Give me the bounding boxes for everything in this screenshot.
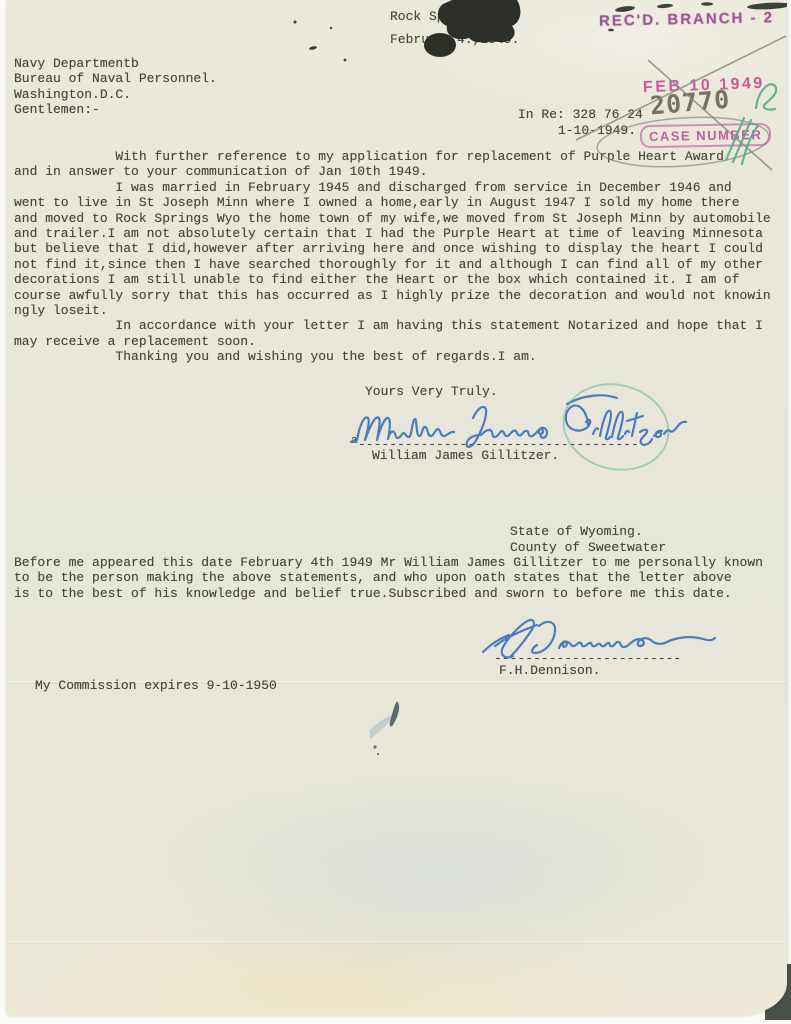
fold-crease-lower (7, 941, 787, 944)
scanned-letter-page: Rock Springs Februa 4.,1949. Navy Depart… (0, 0, 791, 1024)
notary-county: County of Sweetwater (510, 540, 666, 555)
commission-expiry: My Commission expires 9-10-1950 (35, 678, 277, 693)
notary-statement: Before me appeared this date February 4t… (14, 555, 763, 601)
notary-state: State of Wyoming. (510, 524, 643, 539)
letterhead-date-part2: 4.,1949. (457, 32, 519, 47)
letterhead-date-part1: Februa (390, 32, 437, 47)
case-number-label-stamp: CASE NUMBER (640, 123, 772, 148)
received-branch-stamp: REC'D. BRANCH - 2 (599, 9, 774, 30)
reference-in-re: In Re: 328 76 24 (518, 107, 643, 122)
ink-flick (370, 701, 399, 755)
letter-paper: Rock Springs Februa 4.,1949. Navy Depart… (7, 0, 787, 1015)
case-number-value-stamp: 20770 (649, 85, 731, 121)
letterhead-place: Rock Springs (390, 9, 484, 24)
dennison-signature (479, 610, 719, 664)
notary-typed-name: F.H.Dennison. (499, 663, 600, 678)
recipient-block: Navy DepartmentbBureau of Naval Personne… (14, 55, 217, 117)
letter-body: With further reference to my application… (14, 149, 771, 364)
gillitzer-signature (345, 392, 693, 454)
reference-date: 1-10-1949. (558, 123, 636, 138)
